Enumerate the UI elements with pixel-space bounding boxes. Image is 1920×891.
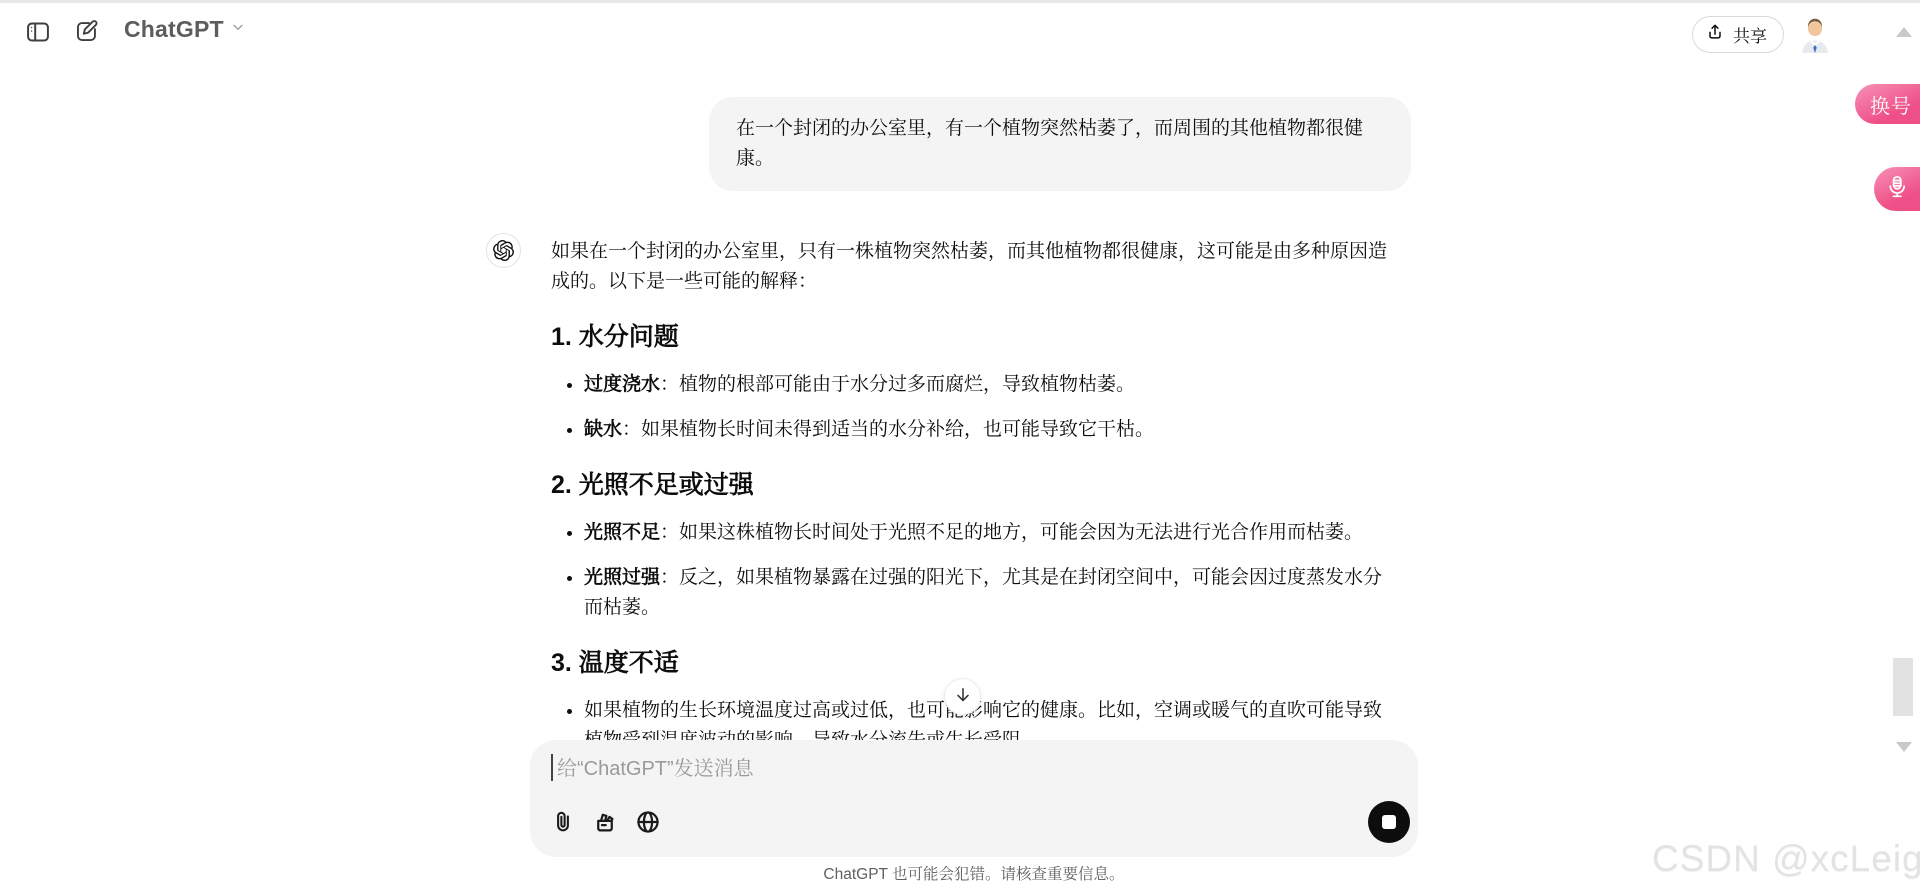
paperclip-icon [550, 809, 576, 838]
attach-file-button[interactable] [546, 806, 580, 840]
sidebar-toggle-button[interactable] [22, 17, 54, 49]
web-search-button[interactable] [631, 806, 665, 840]
chevron-down-icon [230, 19, 246, 40]
header-bar: ChatGPT 共享 [0, 3, 1920, 59]
section-heading-3: 3. 温度不适 [551, 647, 1411, 679]
sidebar-icon [24, 18, 52, 49]
microphone-icon [1884, 174, 1910, 205]
assistant-message-body: 如果在一个封闭的办公室里，只有一株植物突然枯萎，而其他植物都很健康，这可能是由多… [551, 233, 1411, 771]
csdn-watermark: CSDN @xcLeigh [1652, 838, 1920, 880]
upload-icon [1705, 22, 1725, 47]
compose-icon [73, 18, 100, 48]
stop-generating-button[interactable] [1368, 801, 1410, 843]
model-switcher[interactable]: ChatGPT [124, 16, 246, 43]
section-list-2: 光照不足：如果这株植物长时间处于光照不足的地方，可能会因为无法进行光合作用而枯萎… [551, 518, 1384, 623]
section-heading-1: 1. 水分问题 [551, 321, 1411, 353]
change-account-badge[interactable]: 换号 [1855, 84, 1920, 124]
share-button[interactable]: 共享 [1692, 16, 1784, 53]
globe-icon [634, 808, 662, 839]
list-item: 光照不足：如果这株植物长时间处于光照不足的地方，可能会因为无法进行光合作用而枯萎… [584, 518, 1384, 548]
conversation-area: 在一个封闭的办公室里，有一个植物突然枯萎了，而周围的其他植物都很健康。 如果在一… [486, 97, 1411, 771]
arrow-down-icon [953, 685, 973, 708]
voice-badge[interactable] [1874, 167, 1920, 211]
app-title: ChatGPT [124, 16, 224, 43]
user-message-bubble: 在一个封闭的办公室里，有一个植物突然枯萎了，而周围的其他植物都很健康。 [709, 97, 1411, 191]
share-label: 共享 [1733, 22, 1767, 47]
toolbox-icon [591, 808, 619, 839]
assistant-intro: 如果在一个封闭的办公室里，只有一株植物突然枯萎，而其他植物都很健康，这可能是由多… [551, 237, 1403, 297]
scroll-to-bottom-button[interactable] [944, 678, 981, 715]
chatgpt-logo-icon [486, 233, 521, 268]
chatgpt-app: ChatGPT 共享 [0, 0, 1920, 891]
scrollbar-thumb[interactable] [1893, 658, 1913, 716]
stop-icon [1382, 815, 1396, 829]
new-chat-button[interactable] [70, 17, 102, 49]
section-list-1: 过度浇水：植物的根部可能由于水分过多而腐烂，导致植物枯萎。 缺水：如果植物长时间… [551, 370, 1384, 445]
list-item: 光照过强：反之，如果植物暴露在过强的阳光下，尤其是在封闭空间中，可能会因过度蒸发… [584, 563, 1384, 623]
toolbox-button[interactable] [588, 806, 622, 840]
list-item: 缺水：如果植物长时间未得到适当的水分补给，也可能导致它干枯。 [584, 415, 1384, 445]
user-avatar[interactable] [1796, 15, 1834, 53]
list-item: 过度浇水：植物的根部可能由于水分过多而腐烂，导致植物枯萎。 [584, 370, 1384, 400]
scrollbar-down-arrow[interactable] [1896, 742, 1912, 752]
scrollbar-up-arrow[interactable] [1896, 27, 1912, 37]
text-cursor [551, 754, 553, 781]
message-input[interactable] [555, 752, 1299, 786]
section-heading-2: 2. 光照不足或过强 [551, 469, 1411, 501]
disclaimer-text: ChatGPT 也可能会犯错。请核查重要信息。 [530, 862, 1418, 884]
